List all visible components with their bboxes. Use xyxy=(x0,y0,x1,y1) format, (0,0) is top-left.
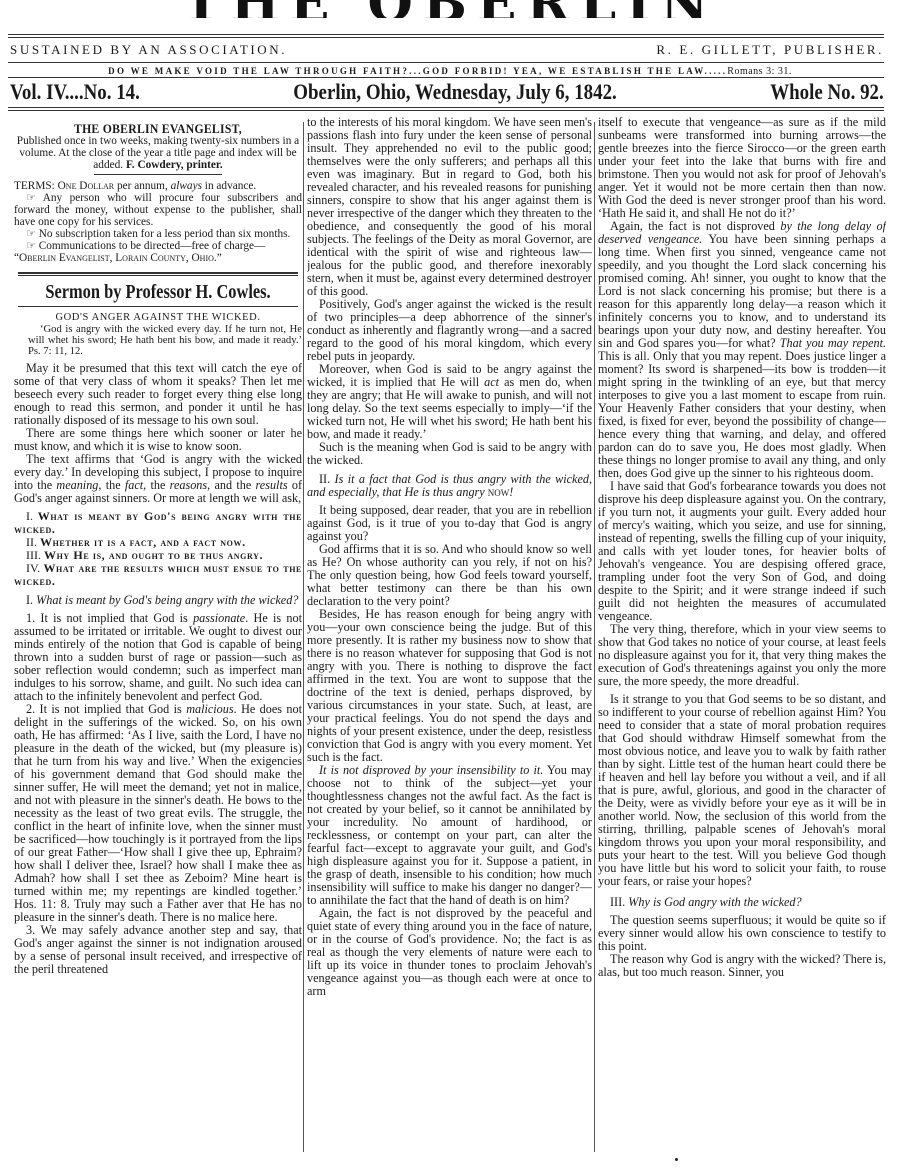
sermon-subtitle: GOD'S ANGER AGAINST THE WICKED. xyxy=(14,311,302,324)
terms-price: One Dollar xyxy=(58,180,114,192)
volume-number: Vol. IV....No. 14. xyxy=(10,79,140,105)
publisher-label: R. E. GILLETT, PUBLISHER. xyxy=(656,42,884,58)
section-punct: ! xyxy=(509,485,513,499)
pointing-hand-icon: ☞ xyxy=(26,239,36,252)
outline-text: What is meant by God's being angry with … xyxy=(14,509,302,536)
outline-number: II. xyxy=(26,535,37,549)
section-emphasis: now xyxy=(488,485,510,499)
paragraph: 2. It is not implied that God is malicio… xyxy=(14,703,302,924)
outline-number: IV. xyxy=(26,561,40,575)
paragraph: Positively, God's anger against the wick… xyxy=(307,298,592,363)
section-title: What is meant by God's being angry with … xyxy=(36,593,298,607)
emphasis: fact xyxy=(125,478,143,492)
notice-communications: ☞ Communications to be directed—free of … xyxy=(14,240,302,252)
publication-info: Published once in two weeks, making twen… xyxy=(14,135,302,171)
emphasis: It is not disproved by your insensibilit… xyxy=(319,763,543,777)
emphasis: passionate xyxy=(193,611,245,625)
paragraph: I have said that God's forbearance towar… xyxy=(598,480,886,623)
paragraph: The reason why God is angry with the wic… xyxy=(598,953,886,979)
emphasis: act xyxy=(484,375,499,389)
text-span: , the xyxy=(143,478,170,492)
emphasis: That you may repent. xyxy=(780,336,886,350)
column-divider-2 xyxy=(594,122,595,1152)
section-heading-2: II. Is it a fact that God is thus angry … xyxy=(307,473,592,499)
text-span: You have been sinning perhaps a long tim… xyxy=(598,232,886,350)
section-number: II. xyxy=(319,472,330,486)
dateline-rule xyxy=(8,107,884,111)
whole-number: Whole No. 92. xyxy=(770,79,884,105)
notice-subscribers: ☞ Any person who will procure four subsc… xyxy=(14,192,302,228)
printer-credit: F. Cowdery, printer. xyxy=(126,159,223,171)
motto-reference: Romans 3: 31. xyxy=(727,66,792,77)
sermon-title-rule xyxy=(18,306,298,307)
emphasis: malicious xyxy=(186,702,233,716)
column-2: to the interests of his moral kingdom. W… xyxy=(307,114,592,1154)
paragraph: Again, the fact is not disproved by the … xyxy=(307,907,592,998)
notice-period-text: No subscription taken for a less period … xyxy=(39,228,291,240)
motto: DO WE MAKE VOID THE LAW THROUGH FAITH?..… xyxy=(0,66,900,77)
terms: TERMS: One Dollar per annum, always in a… xyxy=(14,180,302,192)
outline-number: III. xyxy=(26,548,41,562)
section-heading-1: I. What is meant by God's being angry wi… xyxy=(14,594,302,607)
emphasis: results xyxy=(256,478,288,492)
notice-subscription-period: ☞ No subscription taken for a less perio… xyxy=(14,228,302,240)
emphasis: meaning xyxy=(56,478,98,492)
masthead-title: THE OBERLIN EVANGELIST. xyxy=(0,0,900,18)
outline-item: I. What is meant by God's being angry wi… xyxy=(14,510,302,536)
subhead-row: SUSTAINED BY AN ASSOCIATION. R. E. GILLE… xyxy=(10,42,884,58)
print-speck xyxy=(675,1158,678,1161)
dateline: Vol. IV....No. 14. Oberlin, Ohio, Wednes… xyxy=(10,79,884,103)
paragraph: Moreover, when God is said to be angry a… xyxy=(307,363,592,441)
paragraph: God affirms that it is so. And who shoul… xyxy=(307,543,592,608)
paragraph: May it be presumed that this text will c… xyxy=(14,362,302,427)
column-1: THE OBERLIN EVANGELIST, Published once i… xyxy=(14,114,302,1154)
section-title: Why is God angry with the wicked? xyxy=(628,895,801,909)
notice-communications-text: Communications to be directed—free of ch… xyxy=(39,240,266,252)
section-title: Is it a fact that God is thus angry with… xyxy=(307,472,592,499)
info-box-divider xyxy=(94,174,222,175)
paragraph: The text affirms that ‘God is angry with… xyxy=(14,453,302,505)
association-label: SUSTAINED BY AN ASSOCIATION. xyxy=(10,42,287,58)
text-span: Again, the fact is not disproved xyxy=(610,219,780,233)
text-span: . He is not assumed to be irritated or i… xyxy=(14,611,302,703)
paragraph: There are some things here which sooner … xyxy=(14,427,302,453)
emphasis: reasons xyxy=(170,478,207,492)
sermon-top-rule xyxy=(18,272,298,276)
text-span: , the xyxy=(98,478,125,492)
terms-end: in advance. xyxy=(202,180,256,192)
section-number: III. xyxy=(610,895,625,909)
text-span: 1. It is not implied that God is xyxy=(26,611,193,625)
outline-text: Why He is, and ought to be thus angry. xyxy=(44,548,263,562)
terms-always: always xyxy=(171,180,202,192)
section-number: I. xyxy=(26,593,33,607)
paragraph: Again, the fact is not disproved by the … xyxy=(598,220,886,480)
info-box-title: THE OBERLIN EVANGELIST, xyxy=(28,122,287,135)
text-span: 2. It is not implied that God is xyxy=(26,702,186,716)
paragraph: Such is the meaning when God is said to … xyxy=(307,441,592,467)
outline-number: I. xyxy=(26,509,33,523)
motto-top-rule xyxy=(8,62,884,63)
text-span: This is all. Only that you may repent. D… xyxy=(598,349,886,480)
column-divider-1 xyxy=(303,122,304,1152)
paragraph: itself to execute that vengeance—as sure… xyxy=(598,116,886,220)
scripture-text: ‘God is angry with the wicked every day.… xyxy=(14,324,302,357)
notice-subscribers-text: Any person who will procure four subscri… xyxy=(14,192,302,228)
terms-rest: per annum, xyxy=(114,180,170,192)
sermon-title: Sermon by Professor H. Cowles. xyxy=(40,280,276,304)
sermon-outline: I. What is meant by God's being angry wi… xyxy=(14,510,302,588)
paragraph: 3. We may safely advance another step an… xyxy=(14,924,302,976)
paragraph: Is it strange to you that God seems to b… xyxy=(598,693,886,888)
mailing-address: “Oberlin Evangelist, Lorain County, Ohio… xyxy=(14,252,302,264)
paragraph: The question seems superfluous; it would… xyxy=(598,914,886,953)
place-date: Oberlin, Ohio, Wednesday, July 6, 1842. xyxy=(293,79,616,105)
pointing-hand-icon: ☞ xyxy=(26,191,36,204)
paragraph: 1. It is not implied that God is passion… xyxy=(14,612,302,703)
paragraph: It being supposed, dear reader, that you… xyxy=(307,504,592,543)
paragraph: The very thing, therefore, which in your… xyxy=(598,623,886,688)
motto-text: DO WE MAKE VOID THE LAW THROUGH FAITH?..… xyxy=(108,66,727,76)
paragraph: It is not disproved by your insensibilit… xyxy=(307,764,592,907)
text-span: , and the xyxy=(207,478,255,492)
column-3: itself to execute that vengeance—as sure… xyxy=(598,114,886,1154)
outline-text: What are the results which must ensue to… xyxy=(14,561,302,588)
text-span: . He does not delight in the sufferings … xyxy=(14,702,302,924)
outline-item: IV. What are the results which must ensu… xyxy=(14,562,302,588)
section-heading-3: III. Why is God angry with the wicked? xyxy=(598,896,886,909)
text-span: You may choose not to think of the subje… xyxy=(307,763,592,907)
motto-bottom-rule xyxy=(8,77,884,78)
paragraph: Besides, He has reason enough for being … xyxy=(307,608,592,764)
article-columns: THE OBERLIN EVANGELIST, Published once i… xyxy=(10,114,884,1154)
outline-text: Whether it is a fact, and a fact now. xyxy=(40,535,246,549)
paragraph: to the interests of his moral kingdom. W… xyxy=(307,116,592,298)
masthead-rule xyxy=(8,34,884,38)
